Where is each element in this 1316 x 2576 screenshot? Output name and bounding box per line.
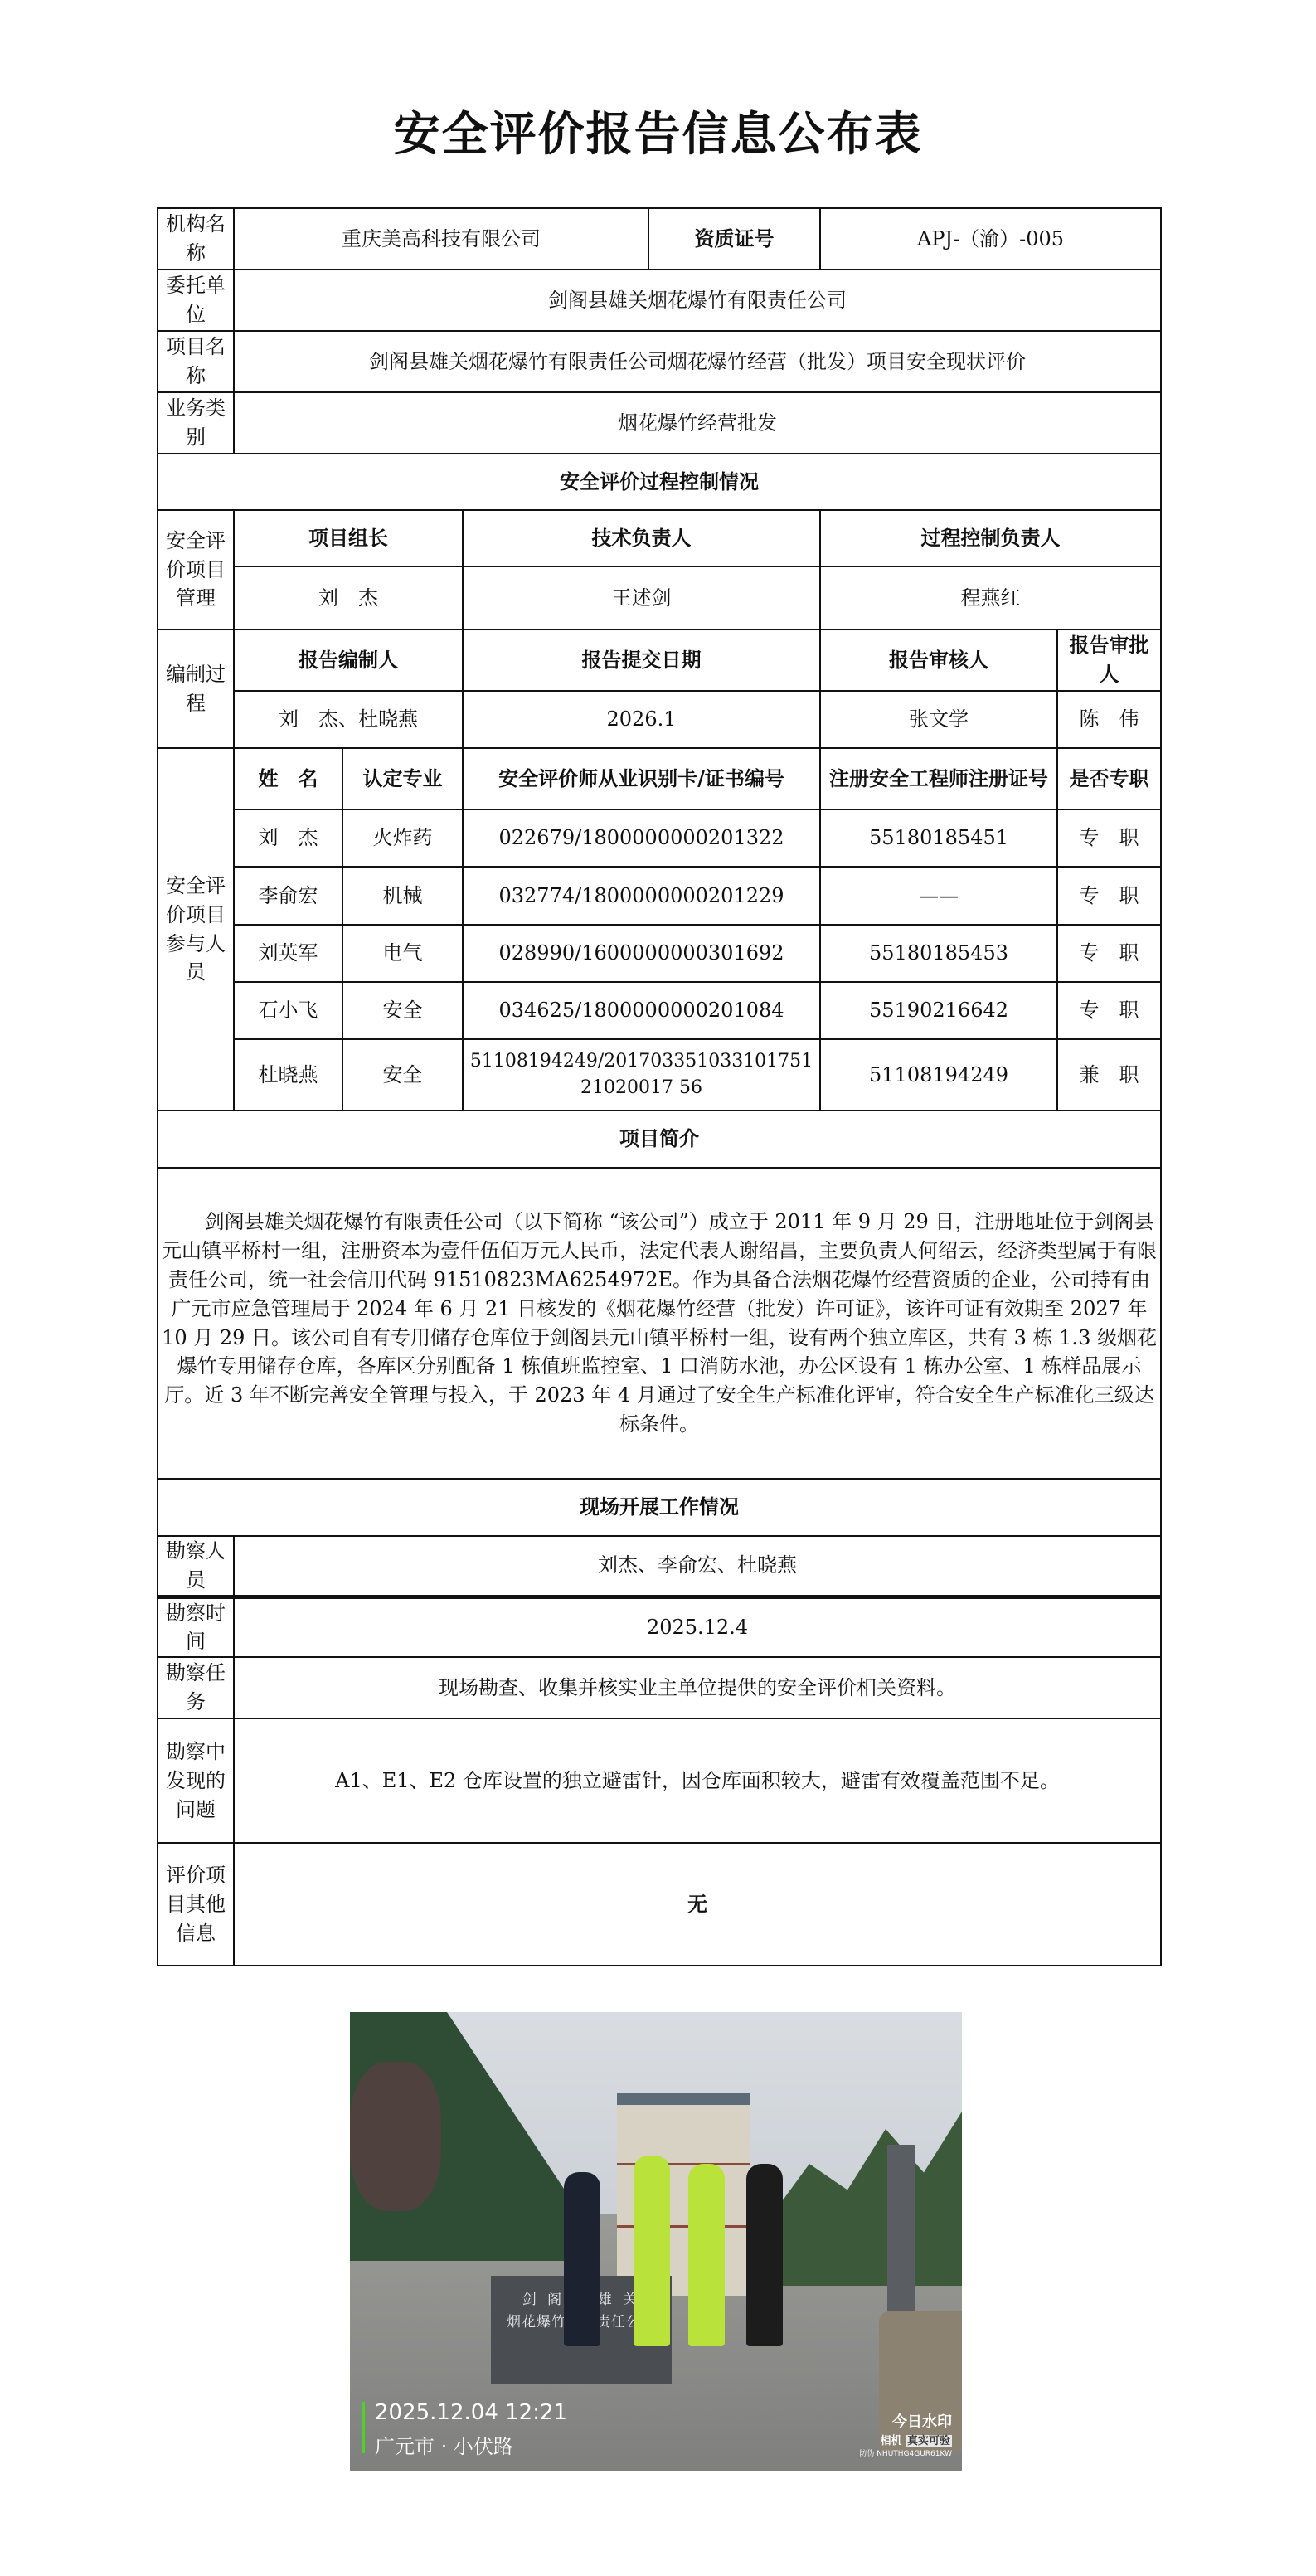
survey-issues-value: A1、E1、E2 仓库设置的独立避雷针，因仓库面积较大，避雷有效覆盖范围不足。 (234, 1718, 1161, 1843)
participant-row: 杜晓燕 安全 51108194249/201703351033101751210… (158, 1039, 1161, 1111)
watermark-brand: 今日水印 相机 真实可验 防伪 NHUTHG4GUR61KW (859, 2410, 952, 2458)
tech-lead-header: 技术负责人 (463, 510, 820, 566)
photo-shrub (350, 2062, 441, 2211)
approver-header: 报告审批人 (1057, 629, 1161, 691)
participant-major: 机械 (342, 867, 463, 925)
participant-card: 032774/1800000000201229 (463, 867, 820, 925)
participant-major: 电气 (342, 925, 463, 982)
survey-issues-label: 勘察中发现的问题 (158, 1718, 234, 1843)
process-control-header: 过程控制负责人 (820, 510, 1161, 566)
other-info-value: 无 (234, 1843, 1161, 1966)
participant-reg: 55180185451 (820, 809, 1057, 867)
person-figure (634, 2156, 670, 2346)
watermark-accent-bar (362, 2402, 365, 2453)
management-label: 安全评价项目管理 (158, 510, 234, 629)
participant-fulltime: 专 职 (1057, 925, 1161, 982)
watermark-location: 广元市 · 小伏路 (375, 2430, 513, 2459)
project-name-value: 剑阁县雄关烟花爆竹有限责任公司烟花爆竹经营（批发）项目安全现状评价 (234, 331, 1161, 392)
client-label: 委托单位 (158, 270, 234, 331)
participant-reg: 55180185453 (820, 925, 1057, 982)
field-section-title: 现场开展工作情况 (158, 1479, 1161, 1536)
process-control-value: 程燕红 (820, 566, 1161, 629)
participants-label: 安全评价项目参与人员 (158, 748, 234, 1111)
participant-major: 安全 (342, 982, 463, 1039)
surveyors-value: 刘杰、李俞宏、杜晓燕 (234, 1536, 1161, 1597)
participant-fulltime-header: 是否专职 (1057, 748, 1161, 809)
site-photo: 剑 阁 县 雄 关 烟花爆竹有限责任公司 2025.12.04 12:21 广元… (350, 2012, 962, 2471)
participant-reg-header: 注册安全工程师注册证号 (820, 748, 1057, 809)
submit-date-value: 2026.1 (463, 691, 820, 748)
business-type-label: 业务类别 (158, 392, 234, 454)
compile-label: 编制过程 (158, 629, 234, 748)
participant-fulltime: 兼 职 (1057, 1039, 1161, 1111)
participant-card: 51108194249/20170335103310175121020017 5… (463, 1039, 820, 1111)
watermark-brand-name: 今日水印 (859, 2410, 952, 2432)
person-figure (746, 2164, 783, 2346)
participant-name: 杜晓燕 (234, 1039, 342, 1111)
person-figure (564, 2172, 600, 2346)
project-leader-header: 项目组长 (234, 510, 463, 566)
participant-name: 石小飞 (234, 982, 342, 1039)
approver-value: 陈 伟 (1057, 691, 1161, 748)
compiler-header: 报告编制人 (234, 629, 463, 691)
report-info-table: 机构名称 重庆美高科技有限公司 资质证号 APJ-（渝）-005 委托单位 剑阁… (157, 207, 1162, 1966)
project-leader-value: 刘 杰 (234, 566, 463, 629)
intro-paragraph: 剑阁县雄关烟花爆竹有限责任公司（以下简称 “该公司”）成立于 2011 年 9 … (158, 1168, 1161, 1479)
other-info-label: 评价项目其他信息 (158, 1843, 234, 1966)
participant-major: 安全 (342, 1039, 463, 1111)
participant-fulltime: 专 职 (1057, 982, 1161, 1039)
participant-major-header: 认定专业 (342, 748, 463, 809)
business-type-value: 烟花爆竹经营批发 (234, 392, 1161, 454)
participant-name: 李俞宏 (234, 867, 342, 925)
participant-name: 刘英军 (234, 925, 342, 982)
survey-task-label: 勘察任务 (158, 1657, 234, 1718)
participant-name: 刘 杰 (234, 809, 342, 867)
tech-lead-value: 王述剑 (463, 566, 820, 629)
watermark-verified-badge: 真实可验 (906, 2435, 952, 2447)
participant-reg: —— (820, 867, 1057, 925)
participant-card: 034625/1800000000201084 (463, 982, 820, 1039)
participant-card: 028990/1600000000301692 (463, 925, 820, 982)
watermark-camera: 相机 (880, 2435, 901, 2447)
participant-row: 刘 杰 火炸药 022679/1800000000201322 55180185… (158, 809, 1161, 867)
watermark-anticounterfeit-code: 防伪 NHUTHG4GUR61KW (859, 2447, 952, 2458)
participant-card: 022679/1800000000201322 (463, 809, 820, 867)
participant-row: 刘英军 电气 028990/1600000000301692 551801854… (158, 925, 1161, 982)
participant-card-header: 安全评价师从业识别卡/证书编号 (463, 748, 820, 809)
reviewer-header: 报告审核人 (820, 629, 1057, 691)
client-value: 剑阁县雄关烟花爆竹有限责任公司 (234, 270, 1161, 331)
participant-reg: 55190216642 (820, 982, 1057, 1039)
participant-name-header: 姓 名 (234, 748, 342, 809)
survey-time-value: 2025.12.4 (234, 1597, 1161, 1657)
compiler-value: 刘 杰、杜晓燕 (234, 691, 463, 748)
survey-task-value: 现场勘查、收集并核实业主单位提供的安全评价相关资料。 (234, 1657, 1161, 1718)
participant-row: 李俞宏 机械 032774/1800000000201229 —— 专 职 (158, 867, 1161, 925)
page-title: 安全评价报告信息公布表 (0, 98, 1316, 164)
watermark-brand-sub: 相机 真实可验 (859, 2432, 952, 2447)
survey-time-label: 勘察时间 (158, 1597, 234, 1657)
participant-fulltime: 专 职 (1057, 867, 1161, 925)
watermark-timestamp: 2025.12.04 12:21 (375, 2400, 567, 2425)
org-value: 重庆美高科技有限公司 (234, 208, 648, 270)
org-label: 机构名称 (158, 208, 234, 270)
submit-date-header: 报告提交日期 (463, 629, 820, 691)
participant-major: 火炸药 (342, 809, 463, 867)
participant-fulltime: 专 职 (1057, 809, 1161, 867)
qualification-label: 资质证号 (648, 208, 820, 270)
participant-reg: 51108194249 (820, 1039, 1057, 1111)
participant-row: 石小飞 安全 034625/1800000000201084 551902166… (158, 982, 1161, 1039)
process-section-title: 安全评价过程控制情况 (158, 454, 1161, 510)
intro-section-title: 项目简介 (158, 1111, 1161, 1168)
person-figure (688, 2164, 725, 2346)
qualification-value: APJ-（渝）-005 (820, 208, 1161, 270)
project-name-label: 项目名称 (158, 331, 234, 392)
reviewer-value: 张文学 (820, 691, 1057, 748)
surveyors-label: 勘察人员 (158, 1536, 234, 1597)
